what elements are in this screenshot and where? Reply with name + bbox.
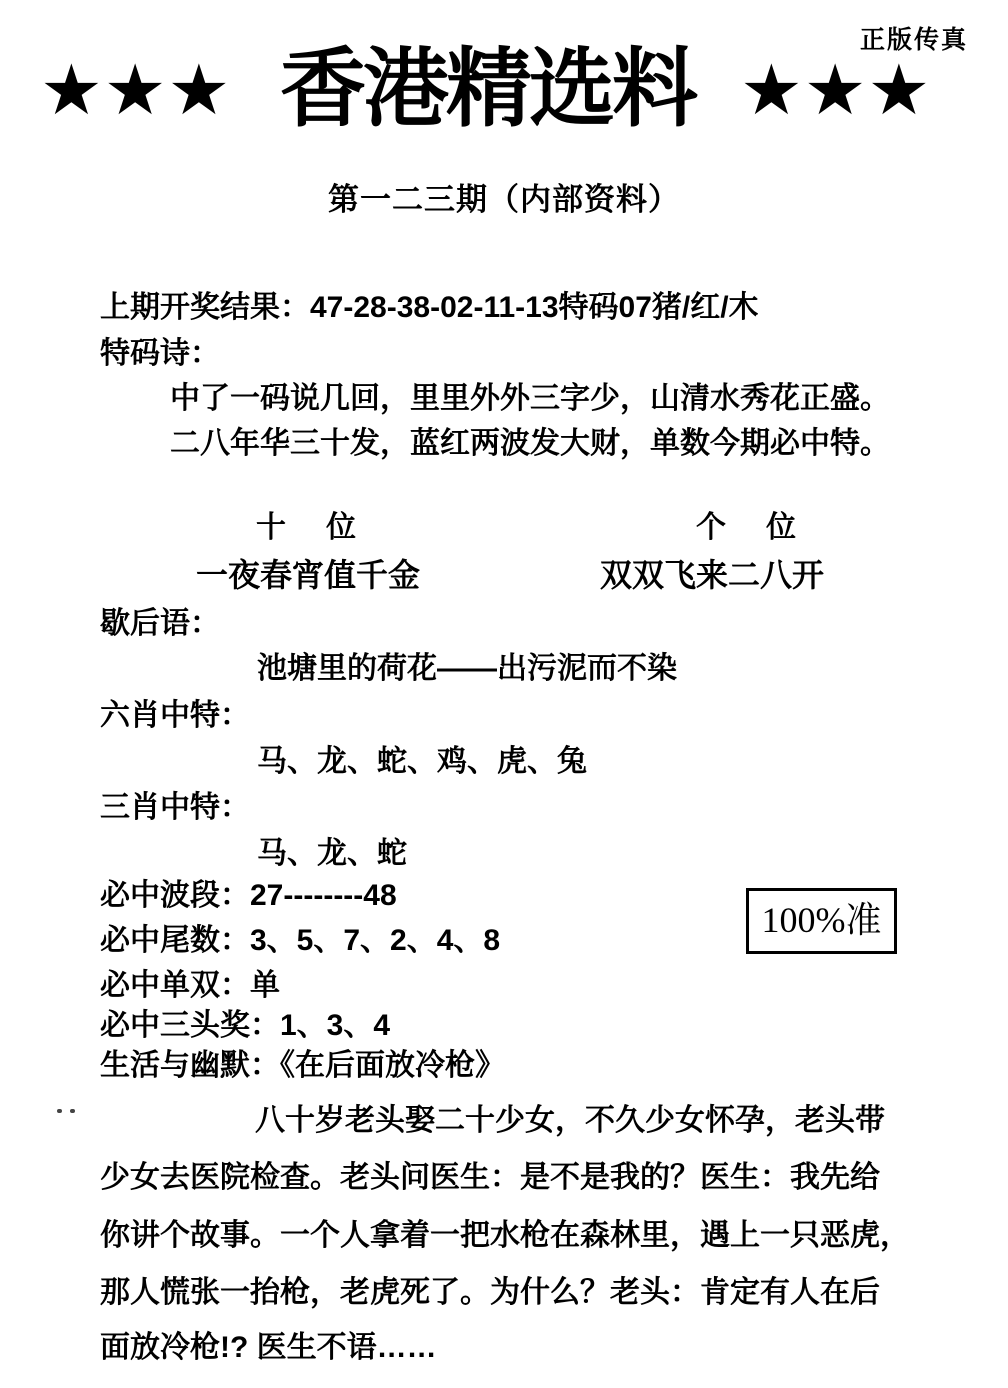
three-zodiac-value: 马、龙、蛇 (257, 837, 407, 872)
last-draw-value: 47-28-38-02-11-13特码07猪/红/木 (310, 291, 759, 324)
wave-range-value: 27--------48 (250, 879, 397, 912)
six-zodiac-label: 六肖中特： (100, 699, 250, 734)
joke-line-1: 八十岁老头娶二十少女，不久少女怀孕，老头带 (255, 1104, 885, 1139)
heads-value: 1、3、4 (280, 1009, 390, 1042)
joke-line-4: 那人慌张一抬枪，老虎死了。为什么？老头：肯定有人在后 (100, 1276, 880, 1311)
humor-title-line: 生活与幽默：《在后面放冷枪》 (100, 1049, 505, 1084)
fax-page: 正版传真 ★★★ 香港精选料 ★★★ 第一二三期（内部资料） 上期开奖结果：47… (0, 0, 1008, 1388)
odd-even-label: 必中单双： (100, 969, 250, 1002)
odd-even-value: 单 (250, 969, 280, 1002)
three-stars-left-icon: ★★★ (40, 50, 231, 131)
poem-line-2: 二八年华三十发，蓝红两波发大财，单数今期必中特。 (170, 427, 890, 462)
xiehouyu-value: 池塘里的荷花——出污泥而不染 (257, 652, 677, 687)
accuracy-stamp-text: 100%准 (762, 900, 882, 941)
wave-range-line: 必中波段：27--------48 (100, 879, 397, 914)
last-draw-result-line: 上期开奖结果：47-28-38-02-11-13特码07猪/红/木 (100, 291, 759, 326)
fax-noise-dot (57, 1109, 62, 1113)
last-draw-label: 上期开奖结果： (100, 291, 310, 324)
heads-label: 必中三头奖： (100, 1009, 280, 1042)
humor-label: 生活与幽默： (100, 1049, 280, 1082)
odd-even-line: 必中单双：单 (100, 969, 280, 1004)
tail-numbers-line: 必中尾数：3、5、7、2、4、8 (100, 924, 500, 959)
fax-noise-dot (70, 1109, 75, 1113)
tens-column-header: 十 位 (256, 511, 361, 546)
accuracy-stamp: 100%准 (746, 888, 897, 954)
poem-line-1: 中了一码说几回，里里外外三字少，山清水秀花正盛。 (170, 382, 890, 417)
ones-column-value: 双双飞来二八开 (600, 557, 824, 594)
three-stars-right-icon: ★★★ (740, 50, 931, 131)
tens-column-value: 一夜春宵值千金 (196, 557, 420, 594)
three-zodiac-label: 三肖中特： (100, 791, 250, 826)
humor-value: 《在后面放冷枪》 (280, 1049, 505, 1082)
tail-numbers-label: 必中尾数： (100, 924, 250, 957)
issue-subtitle: 第一二三期（内部资料） (0, 182, 1008, 218)
page-title: 香港精选料 (280, 40, 695, 139)
joke-line-2: 少女去医院检查。老头问医生：是不是我的？医生：我先给 (100, 1161, 880, 1196)
wave-range-label: 必中波段： (100, 879, 250, 912)
tail-numbers-value: 3、5、7、2、4、8 (250, 924, 500, 957)
xiehouyu-label: 歇后语： (100, 607, 220, 642)
six-zodiac-value: 马、龙、蛇、鸡、虎、兔 (257, 745, 587, 780)
heads-line: 必中三头奖：1、3、4 (100, 1009, 390, 1044)
joke-line-5: 面放冷枪!? 医生不语…… (100, 1331, 437, 1366)
joke-line-3: 你讲个故事。一个人拿着一把水枪在森林里，遇上一只恶虎， (100, 1219, 910, 1254)
poem-label: 特码诗： (100, 337, 220, 372)
ones-column-header: 个 位 (696, 511, 801, 546)
